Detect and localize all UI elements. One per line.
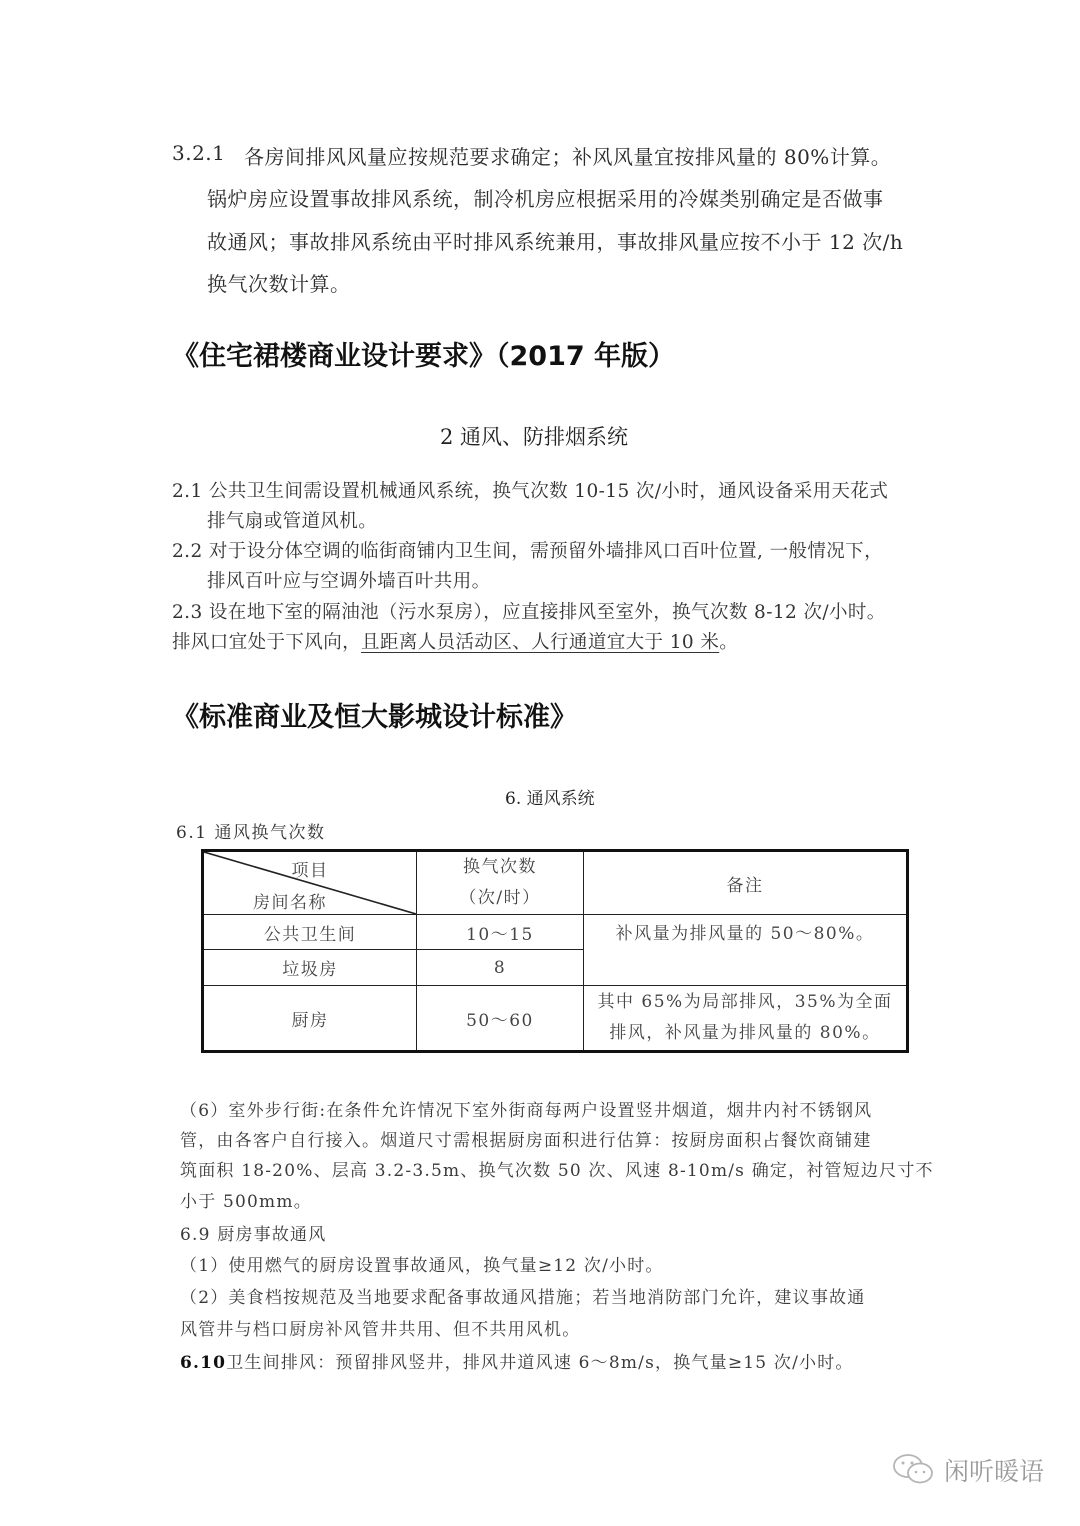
sec69-item1: （1）使用燃气的厨房设置事故通风，换气量≥12 次/小时。 bbox=[180, 1251, 664, 1276]
header-item: 项目 bbox=[204, 856, 416, 881]
sec610-text: 卫生间排风：预留排风竖井，排风井道风速 6～8m/s，换气量≥15 次/小时。 bbox=[226, 1353, 853, 1373]
room-cell: 公共卫生间 bbox=[203, 915, 417, 950]
ventilation-table: 项目 房间名称 换气次数 （次/时） 备注 公共卫生间 10～15 补风量为排风… bbox=[201, 849, 909, 1053]
note-kitchen-line1: 其中 65%为局部排风，35%为全面 bbox=[584, 987, 906, 1018]
section-321-line4: 换气次数计算。 bbox=[207, 268, 351, 297]
doc1-item-1-line2: 排气扇或管道风机。 bbox=[207, 507, 377, 533]
doc1-item-3-plain: 排风口宜处于下风向， bbox=[172, 632, 361, 653]
room-cell: 垃圾房 bbox=[203, 950, 417, 986]
section-321-line1: 各房间排风风量应按规范要求确定；补风风量宜按排风量的 80%计算。 bbox=[244, 141, 891, 170]
doc1-section-title: 2 通风、防排烟系统 bbox=[440, 421, 628, 451]
header-note: 备注 bbox=[584, 851, 908, 915]
doc1-item-2-line1: 2.2 对于设分体空调的临街商铺内卫生间，需预留外墙排风口百叶位置, 一般情况下… bbox=[172, 537, 883, 563]
table-row: 厨房 50～60 其中 65%为局部排风，35%为全面 排风，补风量为排风量的 … bbox=[203, 986, 908, 1052]
table-row: 公共卫生间 10～15 补风量为排风量的 50～80%。 bbox=[203, 915, 908, 950]
section-321-text: 各房间排风风量应按规范要求确定；补风风量宜按排风量的 80%计算。 bbox=[244, 145, 891, 169]
sec69-title: 6.9 厨房事故通风 bbox=[180, 1220, 326, 1245]
sec610: 6.10卫生间排风：预留排风竖井，排风井道风速 6～8m/s，换气量≥15 次/… bbox=[180, 1348, 854, 1373]
doc1-item-3-end: 。 bbox=[719, 632, 738, 653]
doc2-title: 《标准商业及恒大影城设计标准》 bbox=[172, 695, 577, 734]
rate-cell: 50～60 bbox=[417, 986, 584, 1052]
doc1-item-3-line2: 排风口宜处于下风向，且距离人员活动区、人行通道宜大于 10 米。 bbox=[172, 628, 738, 654]
note-shared-cell: 补风量为排风量的 50～80%。 bbox=[584, 915, 908, 986]
doc1-item-3-line1: 2.3 设在地下室的隔油池（污水泵房），应直接排风至室外，换气次数 8-12 次… bbox=[172, 598, 886, 624]
header-rate-line1: 换气次数 bbox=[417, 852, 583, 883]
note-kitchen-cell: 其中 65%为局部排风，35%为全面 排风，补风量为排风量的 80%。 bbox=[584, 986, 908, 1052]
watermark: 闲听暖语 bbox=[892, 1452, 1044, 1488]
header-room-name: 房间名称 bbox=[204, 888, 376, 913]
doc2-subsection: 6.1 通风换气次数 bbox=[176, 818, 325, 843]
note-kitchen-line2: 排风，补风量为排风量的 80%。 bbox=[584, 1018, 906, 1049]
sec610-number: 6.10 bbox=[180, 1353, 226, 1373]
table-header-row: 项目 房间名称 换气次数 （次/时） 备注 bbox=[203, 851, 908, 915]
doc1-item-1-line1: 2.1 公共卫生间需设置机械通风系统，换气次数 10-15 次/小时，通风设备采… bbox=[172, 477, 888, 503]
sec69-item2-line1: （2）美食档按规范及当地要求配备事故通风措施；若当地消防部门允许，建议事故通 bbox=[180, 1283, 865, 1308]
para6-line2: 管，由各客户自行接入。烟道尺寸需根据厨房面积进行估算：按厨房面积占餐饮商铺建 bbox=[180, 1126, 872, 1151]
header-rate-line2: （次/时） bbox=[417, 883, 583, 914]
rate-cell: 8 bbox=[417, 950, 584, 986]
watermark-label: 闲听暖语 bbox=[944, 1452, 1044, 1488]
header-rate-cell: 换气次数 （次/时） bbox=[417, 851, 584, 915]
header-diagonal-cell: 项目 房间名称 bbox=[203, 851, 417, 915]
doc1-title: 《住宅裙楼商业设计要求》（2017 年版） bbox=[172, 334, 675, 373]
para6-line3: 筑面积 18-20%、层高 3.2-3.5m、换气次数 50 次、风速 8-10… bbox=[180, 1156, 934, 1181]
section-321-number: 3.2.1 bbox=[172, 141, 225, 165]
doc2-section-title: 6. 通风系统 bbox=[505, 784, 595, 809]
doc1-item-2-line2: 排风百叶应与空调外墙百叶共用。 bbox=[207, 567, 491, 593]
section-321-line2: 锅炉房应设置事故排风系统，制冷机房应根据采用的冷媒类别确定是否做事 bbox=[207, 183, 884, 212]
rate-cell: 10～15 bbox=[417, 915, 584, 950]
sec69-item2-line2: 风管井与档口厨房补风管井共用、但不共用风机。 bbox=[180, 1315, 580, 1340]
room-cell: 厨房 bbox=[203, 986, 417, 1052]
section-321-line3: 故通风；事故排风系统由平时排风系统兼用，事故排风量应按不小于 12 次/h bbox=[207, 226, 903, 255]
para6-line4: 小于 500mm。 bbox=[180, 1187, 312, 1212]
doc1-item-3-underlined: 且距离人员活动区、人行通道宜大于 10 米 bbox=[361, 632, 719, 653]
para6-line1: （6）室外步行街:在条件允许情况下室外街商每两户设置竖井烟道，烟井内衬不锈钢风 bbox=[180, 1096, 872, 1121]
wechat-icon bbox=[892, 1453, 936, 1487]
